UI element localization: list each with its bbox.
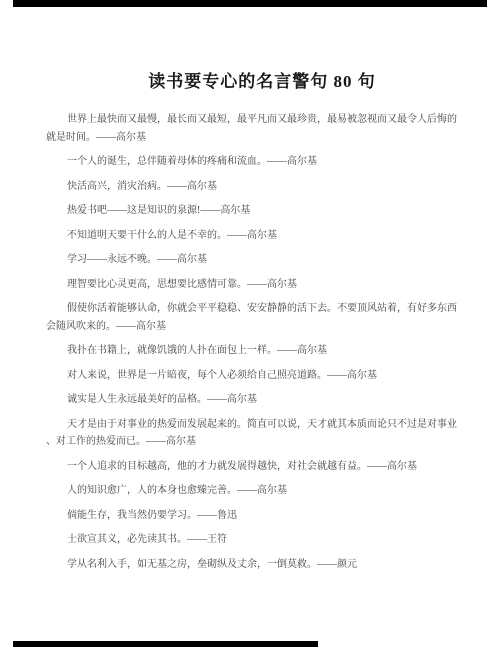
quote-paragraph: 世界上最快而又最慢，最长而又最短，最平凡而又最珍贵，最易被忽视而又最令人后悔的就… <box>46 111 457 146</box>
quote-paragraph: 一个人的诞生，总伴随着母体的疼痛和流血。——高尔基 <box>46 153 457 171</box>
quote-paragraph: 理智要比心灵更高，思想要比感情可靠。——高尔基 <box>46 276 457 294</box>
quote-paragraph: 我扑在书籍上，就像饥饿的人扑在面包上一样。——高尔基 <box>46 342 457 360</box>
quote-paragraph: 不知道明天要干什么的人是不幸的。——高尔基 <box>46 227 457 245</box>
quote-paragraph: 快活高兴，消灾治病。——高尔基 <box>46 178 457 196</box>
quote-paragraph: 士欲宣其义，必先读其书。——王符 <box>46 531 457 549</box>
scan-artifact-bottom-bar <box>13 641 318 647</box>
quote-paragraph: 热爱书吧——这是知识的泉源!——高尔基 <box>46 202 457 220</box>
quote-paragraph: 倘能生存，我当然仍要学习。——鲁迅 <box>46 507 457 525</box>
quote-paragraph: 学习——永远不晚。——高尔基 <box>46 251 457 269</box>
quote-paragraph: 人的知识愈广，人的本身也愈臻完善。——高尔基 <box>46 482 457 500</box>
quote-paragraph: 假使你活着能够认命，你就会平平稳稳、安安静静的活下去。不要顶风站着，有好多东西会… <box>46 300 457 335</box>
document-title: 读书要专心的名言警句 80 句 <box>12 0 500 93</box>
quote-paragraph: 对人来说，世界是一片暗夜，每个人必须给自己照亮道路。——高尔基 <box>46 367 457 385</box>
quote-paragraph: 天才是由于对事业的热爱而发展起来的。简直可以说，天才就其本质而论只不过是对事业、… <box>46 416 457 451</box>
quote-paragraph: 学从名利入手，如无基之房，垒砌纵及丈余，一倒莫救。——颜元 <box>46 556 457 574</box>
document-body: 世界上最快而又最慢，最长而又最短，最平凡而又最珍贵，最易被忽视而又最令人后悔的就… <box>46 111 457 573</box>
quote-paragraph: 一个人追求的目标越高，他的才力就发展得越快，对社会就越有益。——高尔基 <box>46 458 457 476</box>
quote-paragraph: 诚实是人生永远最美好的品格。——高尔基 <box>46 391 457 409</box>
document-page: 读书要专心的名言警句 80 句 世界上最快而又最慢，最长而又最短，最平凡而又最珍… <box>0 0 500 647</box>
